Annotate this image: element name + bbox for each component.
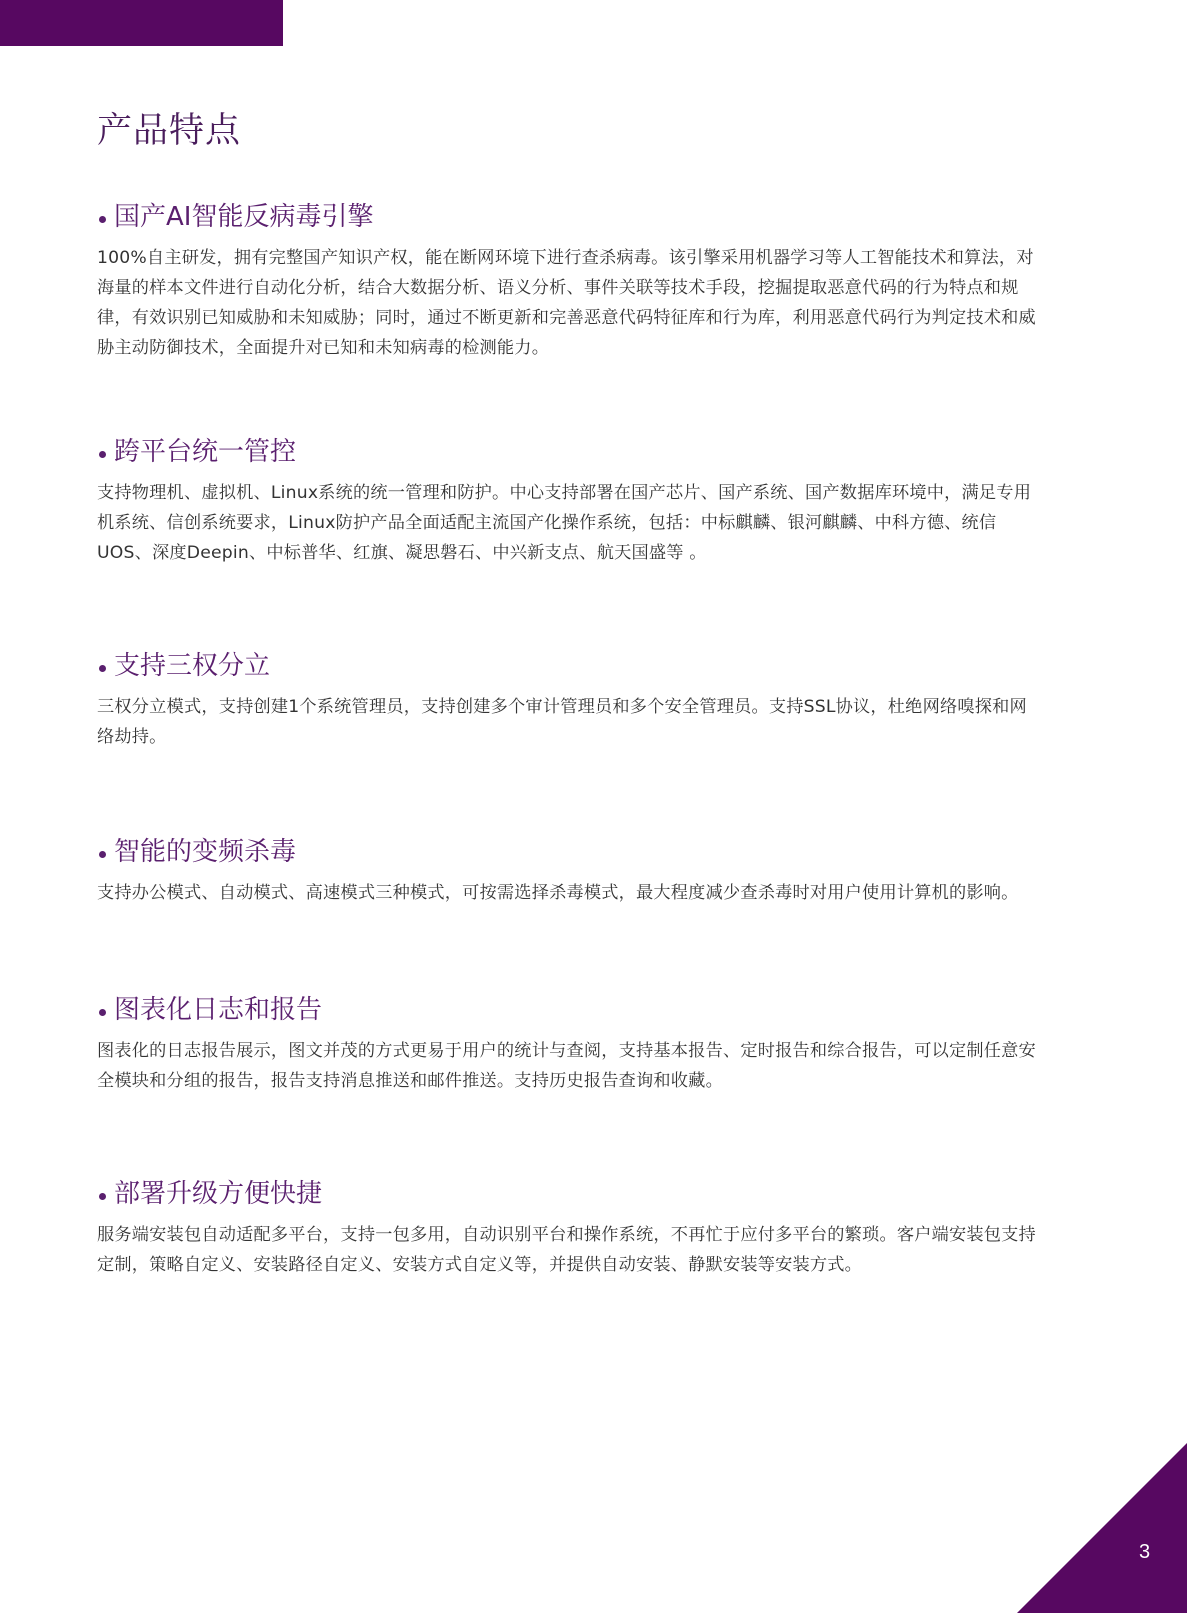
section-heading: 智能的变频杀毒 [97, 834, 1037, 870]
bullet-icon [99, 665, 106, 672]
section-body: 支持办公模式、自动模式、高速模式三种模式，可按需选择杀毒模式，最大程度减少查杀毒… [97, 878, 1037, 908]
section-heading-text: 部署升级方便快捷 [114, 1176, 322, 1212]
feature-section-ai-engine: 国产AI智能反病毒引擎 100%自主研发，拥有完整国产知识产权，能在断网环境下进… [97, 199, 1037, 363]
section-heading-text: 智能的变频杀毒 [114, 834, 296, 870]
section-heading-text: 国产AI智能反病毒引擎 [114, 199, 373, 235]
section-heading: 部署升级方便快捷 [97, 1176, 1037, 1212]
section-heading-text: 图表化日志和报告 [114, 992, 322, 1028]
section-body: 图表化的日志报告展示，图文并茂的方式更易于用户的统计与查阅，支持基本报告、定时报… [97, 1036, 1037, 1096]
section-heading-text: 支持三权分立 [114, 648, 270, 684]
feature-section-separation-of-powers: 支持三权分立 三权分立模式，支持创建1个系统管理员，支持创建多个审计管理员和多个… [97, 648, 1037, 752]
section-heading: 支持三权分立 [97, 648, 1037, 684]
page-title: 产品特点 [97, 108, 241, 154]
section-body: 三权分立模式，支持创建1个系统管理员，支持创建多个审计管理员和多个安全管理员。支… [97, 692, 1037, 752]
feature-section-adaptive-scan: 智能的变频杀毒 支持办公模式、自动模式、高速模式三种模式，可按需选择杀毒模式，最… [97, 834, 1037, 908]
section-heading-text: 跨平台统一管控 [114, 434, 296, 470]
header-accent-bar [0, 0, 283, 46]
section-body: 100%自主研发，拥有完整国产知识产权，能在断网环境下进行查杀病毒。该引擎采用机… [97, 243, 1037, 363]
bullet-icon [99, 851, 106, 858]
section-heading: 图表化日志和报告 [97, 992, 1037, 1028]
feature-section-deployment: 部署升级方便快捷 服务端安装包自动适配多平台，支持一包多用，自动识别平台和操作系… [97, 1176, 1037, 1280]
section-body: 服务端安装包自动适配多平台，支持一包多用，自动识别平台和操作系统，不再忙于应付多… [97, 1220, 1037, 1280]
bullet-icon [99, 216, 106, 223]
feature-section-cross-platform: 跨平台统一管控 支持物理机、虚拟机、Linux系统的统一管理和防护。中心支持部署… [97, 434, 1037, 568]
feature-section-logs-reports: 图表化日志和报告 图表化的日志报告展示，图文并茂的方式更易于用户的统计与查阅，支… [97, 992, 1037, 1096]
bullet-icon [99, 1009, 106, 1016]
section-heading: 国产AI智能反病毒引擎 [97, 199, 1037, 235]
bullet-icon [99, 1193, 106, 1200]
page-number: 3 [1139, 1540, 1150, 1564]
section-body: 支持物理机、虚拟机、Linux系统的统一管理和防护。中心支持部署在国产芯片、国产… [97, 478, 1037, 568]
bullet-icon [99, 451, 106, 458]
section-heading: 跨平台统一管控 [97, 434, 1037, 470]
footer-corner-triangle [1017, 1443, 1187, 1613]
